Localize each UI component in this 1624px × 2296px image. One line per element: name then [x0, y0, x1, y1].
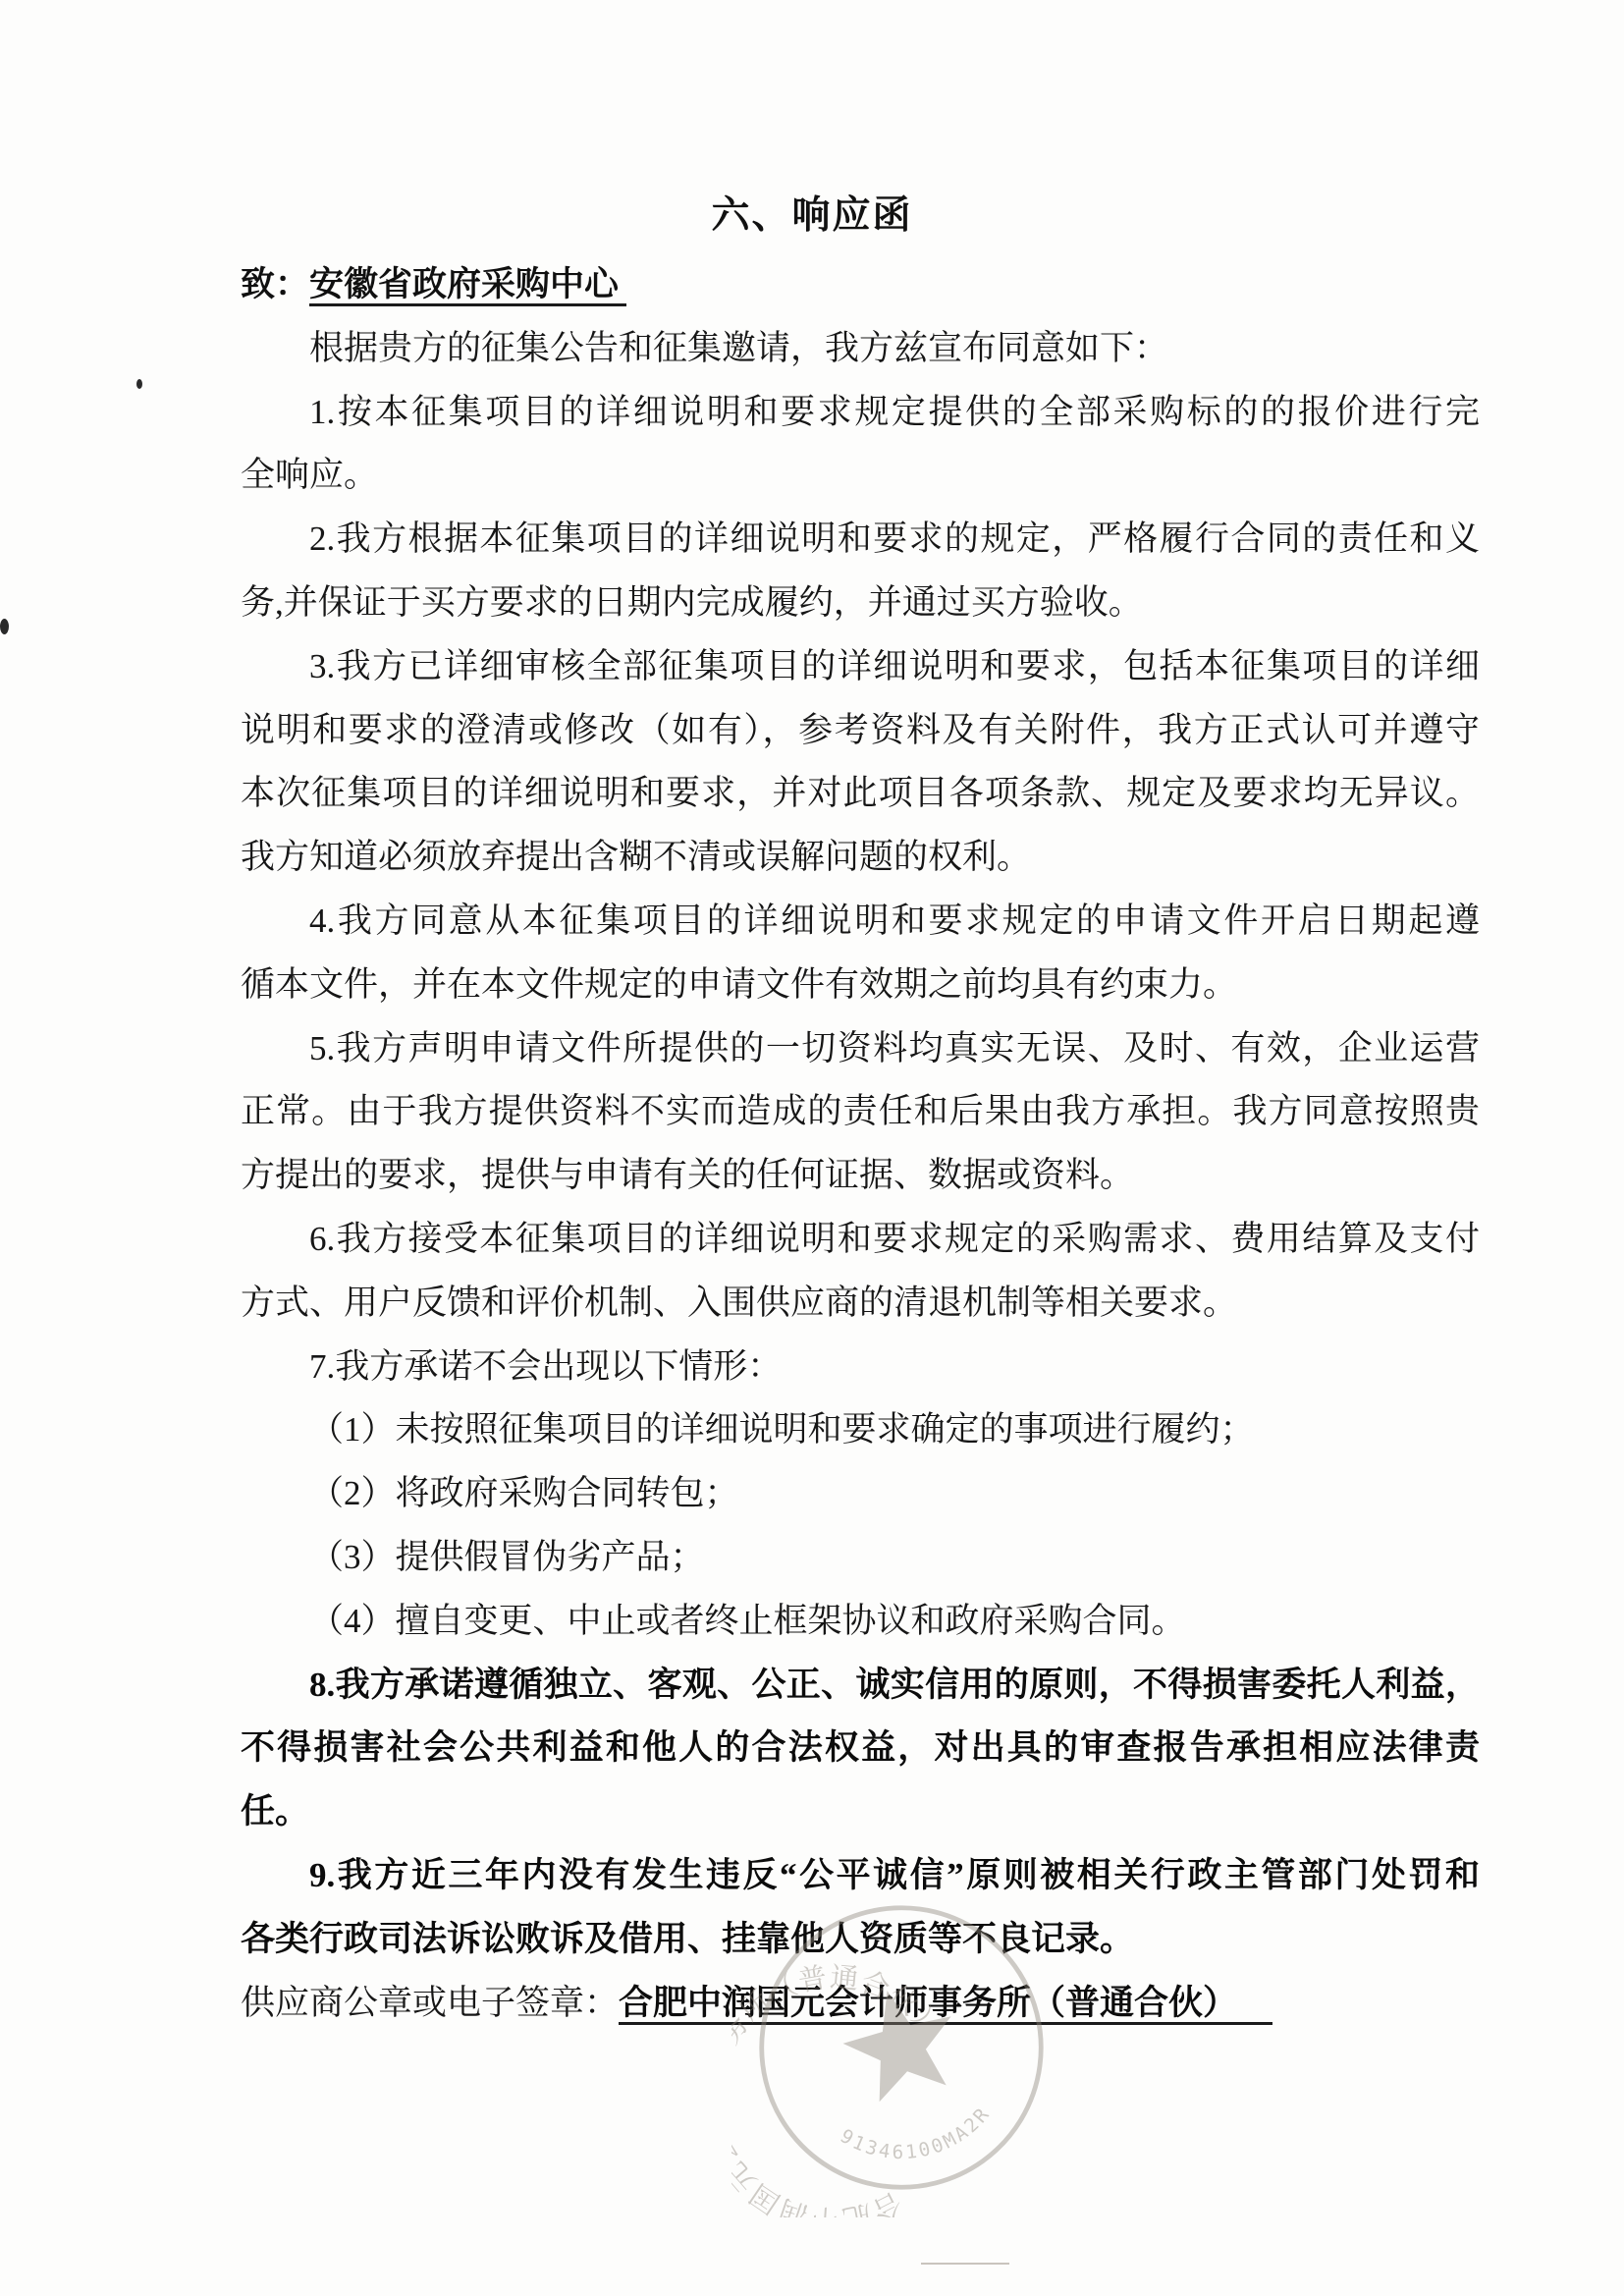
document-body: 致：安徽省政府采购中心 根据贵方的征集公告和征集邀请，我方兹宣布同意如下：1.按…	[241, 253, 1480, 2035]
company-seal-stamp: 合肥中润国元会计师事务所（普通合伙） 91346100MA2R	[731, 1878, 1071, 2217]
salutation-recipient: 安徽省政府采购中心	[309, 265, 626, 306]
document-line: 本次征集项目的详细说明和要求，并对此项目各项条款、规定及要求均无异议。	[241, 762, 1480, 826]
document-line: 全响应。	[241, 444, 1480, 508]
document-title: 六、响应函	[0, 185, 1624, 240]
document-line: 正常。由于我方提供资料不实而造成的责任和后果由我方承担。我方同意按照贵	[241, 1080, 1480, 1144]
signature-label: 供应商公章或电子签章：	[241, 1984, 619, 2022]
scan-artifact-line	[921, 2263, 1009, 2265]
document-line: 5.我方声明申请文件所提供的一切资料均真实无误、及时、有效，企业运营	[241, 1017, 1480, 1081]
salutation-line: 致：安徽省政府采购中心	[241, 253, 1480, 317]
document-line: （4）擅自变更、中止或者终止框架协议和政府采购合同。	[241, 1590, 1480, 1654]
document-line: 7.我方承诺不会出现以下情形：	[241, 1336, 1480, 1399]
document-line: 6.我方接受本征集项目的详细说明和要求规定的采购需求、费用结算及支付	[241, 1208, 1480, 1272]
document-line: 8.我方承诺遵循独立、客观、公正、诚实信用的原则，不得损害委托人利益，	[241, 1654, 1480, 1718]
document-line: 1.按本征集项目的详细说明和要求规定提供的全部采购标的的报价进行完	[241, 381, 1480, 445]
document-line: 3.我方已详细审核全部征集项目的详细说明和要求，包括本征集项目的详细	[241, 635, 1480, 699]
scan-artifact-speck	[136, 379, 142, 389]
document-line: （2）将政府采购合同转包；	[241, 1462, 1480, 1526]
document-line: 务,并保证于买方要求的日期内完成履约，并通过买方验收。	[241, 572, 1480, 635]
document-line: 2.我方根据本征集项目的详细说明和要求的规定，严格履行合同的责任和义	[241, 508, 1480, 572]
scanned-document-page: 六、响应函 致：安徽省政府采购中心 根据贵方的征集公告和征集邀请，我方兹宣布同意…	[0, 0, 1624, 2296]
document-line: 说明和要求的澄清或修改（如有），参考资料及有关附件，我方正式认可并遵守	[241, 699, 1480, 763]
document-line: 不得损害社会公共利益和他人的合法权益，对出具的审查报告承担相应法律责	[241, 1717, 1480, 1780]
document-line: 我方知道必须放弃提出含糊不清或误解问题的权利。	[241, 826, 1480, 890]
scan-artifact-speck	[0, 619, 9, 634]
document-line: （3）提供假冒伪劣产品；	[241, 1526, 1480, 1590]
document-line: 任。	[241, 1780, 1480, 1844]
svg-text:合肥中润国元会计师事务所（普通合伙）: 合肥中润国元会计师事务所（普通合伙）	[731, 1935, 991, 2217]
document-line: 循本文件，并在本文件规定的申请文件有效期之前均具有约束力。	[241, 954, 1480, 1017]
document-line: 根据贵方的征集公告和征集邀请，我方兹宣布同意如下：	[241, 317, 1480, 381]
document-line: 方提出的要求，提供与申请有关的任何证据、数据或资料。	[241, 1144, 1480, 1208]
document-line: 方式、用户反馈和评价机制、入围供应商的清退机制等相关要求。	[241, 1272, 1480, 1336]
document-line: 4.我方同意从本征集项目的详细说明和要求规定的申请文件开启日期起遵	[241, 890, 1480, 954]
body-lines: 根据贵方的征集公告和征集邀请，我方兹宣布同意如下：1.按本征集项目的详细说明和要…	[241, 317, 1480, 1972]
seal-ring-text: 合肥中润国元会计师事务所（普通合伙）	[731, 1935, 991, 2217]
salutation-prefix: 致：	[241, 265, 309, 303]
document-line: （1）未按照征集项目的详细说明和要求确定的事项进行履约；	[241, 1398, 1480, 1462]
